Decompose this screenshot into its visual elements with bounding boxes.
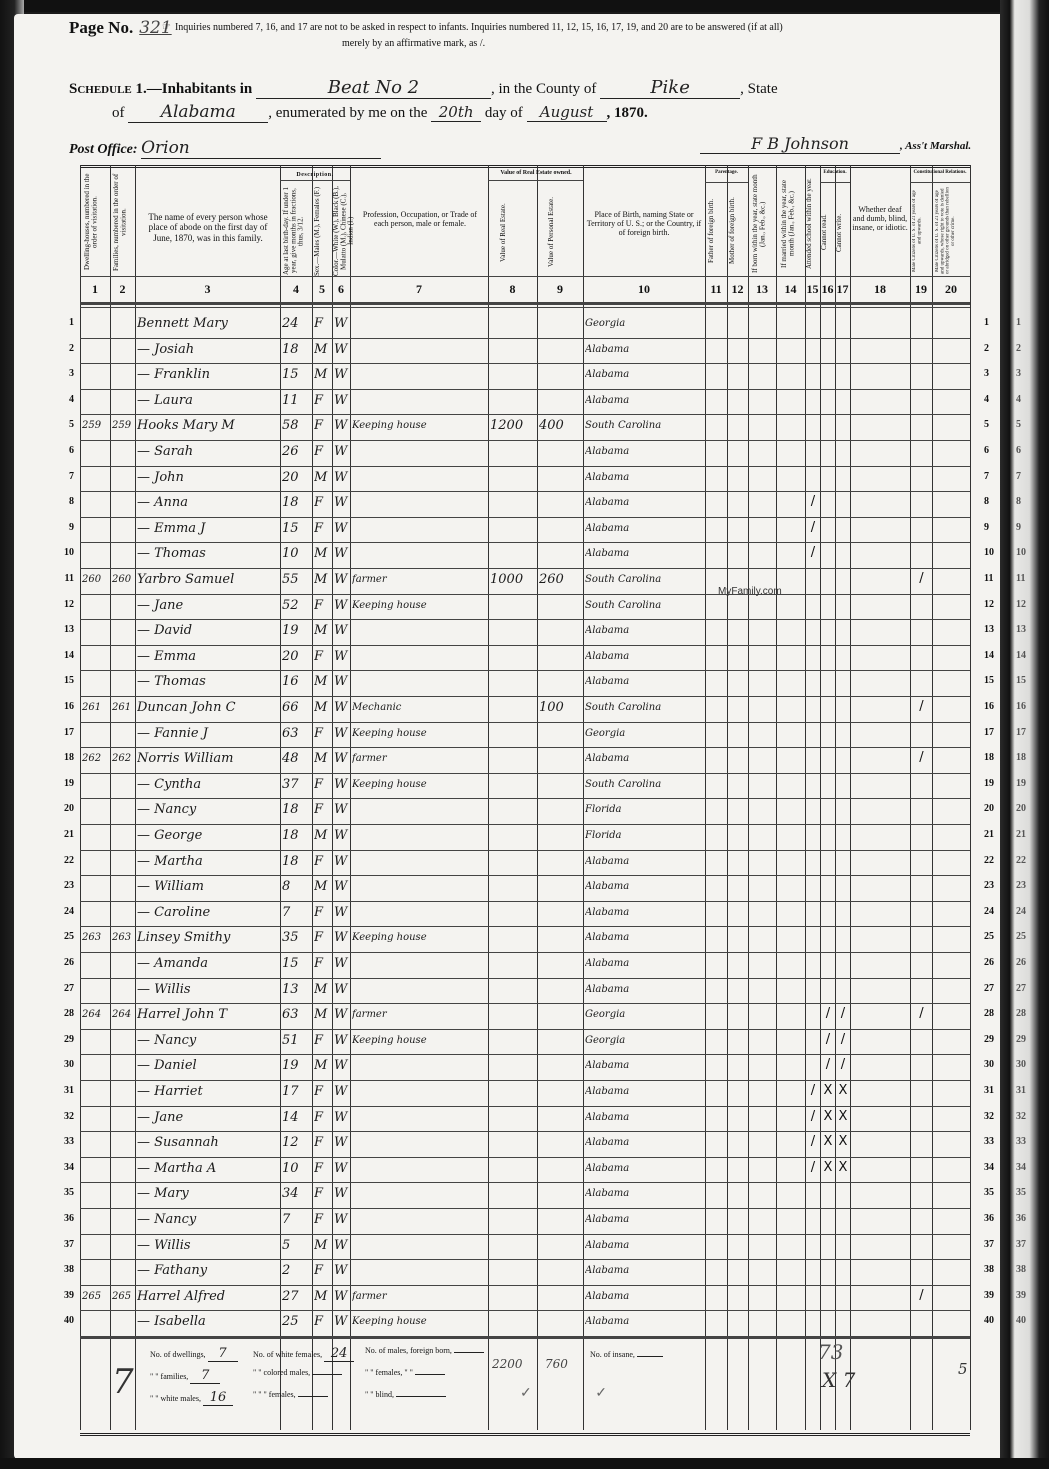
cell-color: W <box>334 1081 349 1103</box>
row-number-bleed: 5 <box>1016 419 1021 430</box>
header-sex: Sex.—Males (M.), Females (F.) <box>314 186 330 276</box>
cell-color: W <box>334 902 349 924</box>
row-number-right: 28 <box>984 1008 994 1019</box>
row-number-bleed: 39 <box>1016 1290 1026 1301</box>
cell-name: — Daniel <box>137 1055 279 1077</box>
row-number-right: 29 <box>984 1034 994 1045</box>
row-number-left: 3 <box>52 368 74 379</box>
cell-age: 18 <box>282 492 311 514</box>
row-number-right: 32 <box>984 1111 994 1122</box>
white-females-label: No. of white females, <box>253 1350 322 1359</box>
watermark: MyFamily.com <box>718 586 782 597</box>
foreign-males-value <box>454 1352 484 1353</box>
header-cannot-read: Cannot read. <box>821 190 834 275</box>
row-number-bleed: 6 <box>1016 445 1021 456</box>
families-label: " " families, <box>150 1372 188 1381</box>
row-number-right: 12 <box>984 599 994 610</box>
summary-colored-females: " " " females, <box>253 1390 328 1399</box>
cell-cannot-read: X <box>822 1081 834 1101</box>
row-number-bleed: 2 <box>1016 343 1021 354</box>
row-number-bleed: 25 <box>1016 931 1026 942</box>
group-header-divider <box>280 180 350 181</box>
row-number-bleed: 23 <box>1016 880 1026 891</box>
cell-birthplace: Alabama <box>585 1209 704 1231</box>
column-number-5: 5 <box>312 282 332 297</box>
row-number-left: 15 <box>52 675 74 686</box>
row-number-bleed: 21 <box>1016 829 1026 840</box>
cell-dwelling: 263 <box>82 927 109 949</box>
cell-dwelling: 259 <box>82 415 109 437</box>
cell-name: — Isabella <box>137 1311 279 1333</box>
cell-birthplace: Alabama <box>585 339 704 361</box>
cell-cannot-read: / <box>822 1055 834 1075</box>
header-father-foreign: Father of foreign birth. <box>708 186 724 276</box>
cell-sex: M <box>314 1055 331 1077</box>
insane-value <box>637 1356 663 1357</box>
cell-dwelling: 260 <box>82 569 109 591</box>
cell-personal-estate: 100 <box>539 697 582 719</box>
cell-real-estate: 1000 <box>490 569 536 591</box>
cell-occupation: farmer <box>352 1286 487 1308</box>
cell-name: Hooks Mary M <box>137 415 279 437</box>
row-number-bleed: 7 <box>1016 471 1021 482</box>
row-number-bleed: 22 <box>1016 855 1026 866</box>
cell-birthplace: Alabama <box>585 851 704 873</box>
cell-name: — Fathany <box>137 1260 279 1282</box>
cell-occupation: Keeping house <box>352 1030 487 1052</box>
cell-age: 8 <box>282 876 311 898</box>
cell-color: W <box>334 748 349 770</box>
cell-birthplace: South Carolina <box>585 569 704 591</box>
cell-birthplace: Alabama <box>585 518 704 540</box>
cell-color: W <box>334 671 349 693</box>
cell-birthplace: Alabama <box>585 1183 704 1205</box>
row-number-bleed: 35 <box>1016 1187 1026 1198</box>
cell-age: 48 <box>282 748 311 770</box>
cell-family: 259 <box>112 415 134 437</box>
cell-age: 52 <box>282 595 311 617</box>
cell-age: 19 <box>282 1055 311 1077</box>
personal-estate-total: 760 <box>545 1357 568 1371</box>
cell-name: — Emma <box>137 646 279 668</box>
cell-birthplace: Florida <box>585 799 704 821</box>
cell-sex: M <box>314 825 331 847</box>
real-estate-total: 2200 <box>492 1357 523 1371</box>
cell-name: — Jane <box>137 595 279 617</box>
cell-color: W <box>334 876 349 898</box>
state-label: , State <box>740 81 778 97</box>
cell-age: 16 <box>282 671 311 693</box>
cell-sex: F <box>314 1132 331 1154</box>
post-office-line: Post Office: Orion <box>69 138 381 159</box>
cell-name: Bennett Mary <box>137 313 279 335</box>
cell-citizen: / <box>912 569 931 589</box>
group-header-divider <box>820 182 850 183</box>
cell-name: — Nancy <box>137 1030 279 1052</box>
inquiry-note-line1: Inquiries numbered 7, 16, and 17 are not… <box>175 22 783 33</box>
column-number-13: 13 <box>748 282 776 297</box>
header-family: Families, numbered in the order of visit… <box>113 172 133 272</box>
enumeration-line: of Alabama, enumerated by me on the 20th… <box>112 102 648 123</box>
cell-school: / <box>807 518 819 538</box>
cell-birthplace: South Carolina <box>585 697 704 719</box>
cell-age: 15 <box>282 518 311 540</box>
cell-color: W <box>334 518 349 540</box>
column-number-1: 1 <box>80 282 110 297</box>
cell-occupation: farmer <box>352 748 487 770</box>
group-header-divider <box>910 182 970 183</box>
cell-birthplace: Alabama <box>585 902 704 924</box>
header-education-group: Education. <box>820 170 850 176</box>
row-number-bleed: 3 <box>1016 368 1021 379</box>
cell-age: 18 <box>282 825 311 847</box>
cell-birthplace: Alabama <box>585 1107 704 1129</box>
cell-family: 265 <box>112 1286 134 1308</box>
cell-sex: F <box>314 1260 331 1282</box>
cell-name: — Anna <box>137 492 279 514</box>
cell-birthplace: Alabama <box>585 1081 704 1103</box>
row-number-right: 23 <box>984 880 994 891</box>
cell-dwelling: 264 <box>82 1004 109 1026</box>
cell-color: W <box>334 723 349 745</box>
row-number-right: 26 <box>984 957 994 968</box>
county-value: Pike <box>600 77 740 99</box>
row-number-bleed: 36 <box>1016 1213 1026 1224</box>
cell-color: W <box>334 927 349 949</box>
cell-sex: F <box>314 646 331 668</box>
group-header-divider <box>705 182 748 183</box>
row-number-right: 35 <box>984 1187 994 1198</box>
cell-age: 7 <box>282 1209 311 1231</box>
cell-occupation: Keeping house <box>352 415 487 437</box>
row-number-left: 27 <box>52 983 74 994</box>
cell-age: 20 <box>282 467 311 489</box>
cell-name: — Franklin <box>137 364 279 386</box>
cell-birthplace: Alabama <box>585 543 704 565</box>
cell-sex: F <box>314 390 331 412</box>
column-number-19: 19 <box>910 282 932 297</box>
row-divider <box>80 1336 970 1339</box>
marshal-label: , Ass't Marshal. <box>900 140 971 152</box>
cell-cannot-write: / <box>837 1055 849 1075</box>
row-number-left: 18 <box>52 752 74 763</box>
marshal-line: F B Johnson, Ass't Marshal. <box>700 134 971 154</box>
header-cannot-write: Cannot write. <box>836 190 849 275</box>
column-number-6: 6 <box>332 282 350 297</box>
cell-age: 13 <box>282 979 311 1001</box>
row-divider <box>80 302 970 305</box>
cell-occupation: farmer <box>352 1004 487 1026</box>
cell-sex: F <box>314 1107 331 1129</box>
row-number-bleed: 29 <box>1016 1034 1026 1045</box>
cell-age: 55 <box>282 569 311 591</box>
colored-males-value <box>312 1374 342 1375</box>
cell-birthplace: Alabama <box>585 390 704 412</box>
cell-occupation: Keeping house <box>352 774 487 796</box>
cell-occupation: Keeping house <box>352 1311 487 1333</box>
column-divider <box>970 165 971 1430</box>
cell-cannot-write: / <box>837 1004 849 1024</box>
cell-cannot-read: / <box>822 1030 834 1050</box>
scan-border-top <box>0 0 1049 12</box>
cell-name: — Amanda <box>137 953 279 975</box>
cell-birthplace: Georgia <box>585 723 704 745</box>
cell-birthplace: Alabama <box>585 1235 704 1257</box>
of-label: of <box>112 105 125 121</box>
row-number-bleed: 34 <box>1016 1162 1026 1173</box>
cell-name: — Thomas <box>137 543 279 565</box>
cell-age: 10 <box>282 1158 311 1180</box>
post-office-value: Orion <box>141 138 381 159</box>
cell-sex: F <box>314 1183 331 1205</box>
inquiry-note: ☞Inquiries numbered 7, 16, and 17 are no… <box>162 22 982 33</box>
cell-name: — Fannie J <box>137 723 279 745</box>
foreign-females-value <box>415 1374 445 1375</box>
header-real-estate: Value of Real Estate. <box>500 190 526 275</box>
cell-real-estate: 1200 <box>490 415 536 437</box>
column-number-9: 9 <box>537 282 583 297</box>
row-number-right: 18 <box>984 752 994 763</box>
row-number-right: 7 <box>984 471 989 482</box>
inhabitants-label: —Inhabitants in <box>147 81 252 97</box>
column-number-12: 12 <box>727 282 748 297</box>
group-header-divider <box>488 180 583 181</box>
row-number-left: 1 <box>52 317 74 328</box>
row-number-left: 4 <box>52 394 74 405</box>
row-number-bleed: 28 <box>1016 1008 1026 1019</box>
cell-personal-estate: 260 <box>539 569 582 591</box>
row-number-left: 28 <box>52 1008 74 1019</box>
cell-color: W <box>334 646 349 668</box>
row-number-right: 31 <box>984 1085 994 1096</box>
summary-colored-males: " " colored males, <box>253 1368 342 1377</box>
summary-families: " " families, 7 <box>150 1368 220 1384</box>
row-number-left: 39 <box>52 1290 74 1301</box>
cell-age: 27 <box>282 1286 311 1308</box>
cell-name: — David <box>137 620 279 642</box>
row-number-right: 13 <box>984 624 994 635</box>
row-number-left: 2 <box>52 343 74 354</box>
header-mother-foreign: Mother of foreign birth. <box>729 186 745 276</box>
cell-birthplace: Alabama <box>585 1260 704 1282</box>
cell-birthplace: Alabama <box>585 492 704 514</box>
header-occupation: Profession, Occupation, or Trade of each… <box>355 210 485 228</box>
colored-males-label: " " colored males, <box>253 1368 310 1377</box>
foreign-males-label: No. of males, foreign born, <box>365 1346 452 1355</box>
county-label: , in the County of <box>491 81 596 97</box>
row-number-left: 19 <box>52 778 74 789</box>
cell-sex: F <box>314 1030 331 1052</box>
cell-color: W <box>334 1132 349 1154</box>
row-number-right: 17 <box>984 727 994 738</box>
cell-cannot-write: X <box>837 1132 849 1152</box>
row-number-bleed: 37 <box>1016 1239 1026 1250</box>
row-number-right: 5 <box>984 419 989 430</box>
summary-insane: No. of insane, <box>590 1350 663 1359</box>
row-number-bleed: 27 <box>1016 983 1026 994</box>
header-deaf-blind: Whether deaf and dumb, blind, insane, or… <box>852 205 908 233</box>
cell-birthplace: Alabama <box>585 467 704 489</box>
cell-family: 263 <box>112 927 134 949</box>
row-number-left: 11 <box>52 573 74 584</box>
cell-sex: M <box>314 671 331 693</box>
cell-name: — Jane <box>137 1107 279 1129</box>
cell-birthplace: Alabama <box>585 1132 704 1154</box>
cell-dwelling: 262 <box>82 748 109 770</box>
constitutional-total: 5 <box>958 1360 968 1378</box>
cell-age: 35 <box>282 927 311 949</box>
header-birthplace: Place of Birth, naming State or Territor… <box>586 210 702 238</box>
row-number-bleed: 19 <box>1016 778 1026 789</box>
cell-age: 26 <box>282 441 311 463</box>
colored-females-value <box>298 1396 328 1397</box>
cell-color: W <box>334 1209 349 1231</box>
cell-color: W <box>334 799 349 821</box>
cell-sex: M <box>314 748 331 770</box>
row-number-bleed: 15 <box>1016 675 1026 686</box>
cell-color: W <box>334 467 349 489</box>
cell-age: 24 <box>282 313 311 335</box>
row-number-right: 14 <box>984 650 994 661</box>
estate-check-marks: ✓ ✓ <box>520 1385 637 1402</box>
row-number-right: 3 <box>984 368 989 379</box>
cell-color: W <box>334 1260 349 1282</box>
cell-color: W <box>334 390 349 412</box>
cell-personal-estate: 400 <box>539 415 582 437</box>
row-number-right: 25 <box>984 931 994 942</box>
row-number-right: 8 <box>984 496 989 507</box>
row-number-right: 10 <box>984 547 994 558</box>
header-parentage-group: Parentage. <box>705 170 748 176</box>
cell-color: W <box>334 339 349 361</box>
cell-sex: F <box>314 492 331 514</box>
summary-dwellings: No. of dwellings, 7 <box>150 1346 238 1362</box>
colored-females-label: " " " females, <box>253 1390 296 1399</box>
white-males-label: " " white males, <box>150 1394 201 1403</box>
page-label: Page No. <box>69 18 133 37</box>
row-number-bleed: 16 <box>1016 701 1026 712</box>
cell-name: — Caroline <box>137 902 279 924</box>
cell-name: — William <box>137 876 279 898</box>
row-number-left: 32 <box>52 1111 74 1122</box>
cell-birthplace: Georgia <box>585 1004 704 1026</box>
cell-name: — Nancy <box>137 799 279 821</box>
summary-left-mark: 7 <box>112 1362 134 1402</box>
column-number-10: 10 <box>583 282 705 297</box>
inquiry-note-line2: merely by an affirmative mark, as /. <box>342 38 485 49</box>
cell-color: W <box>334 543 349 565</box>
dwellings-label: No. of dwellings, <box>150 1350 206 1359</box>
cell-color: W <box>334 441 349 463</box>
header-attended-school: Attended school within the year. <box>806 172 819 276</box>
header-dwelling: Dwelling-houses, numbered in the order o… <box>84 172 106 272</box>
cell-age: 18 <box>282 851 311 873</box>
header-age: Age at last birth-day. If under 1 year, … <box>283 186 311 276</box>
cell-age: 5 <box>282 1235 311 1257</box>
schedule-line: Schedule 1.—Inhabitants in Beat No 2, in… <box>69 77 778 99</box>
cell-name: Linsey Smithy <box>137 927 279 949</box>
row-number-bleed: 12 <box>1016 599 1026 610</box>
row-number-left: 5 <box>52 419 74 430</box>
row-number-right: 40 <box>984 1315 994 1326</box>
cell-school: / <box>807 543 819 563</box>
cell-name: — Willis <box>137 979 279 1001</box>
row-number-left: 26 <box>52 957 74 968</box>
cell-cannot-read: X <box>822 1107 834 1127</box>
cell-color: W <box>334 697 349 719</box>
row-number-left: 36 <box>52 1213 74 1224</box>
cell-sex: M <box>314 467 331 489</box>
row-number-bleed: 4 <box>1016 394 1021 405</box>
row-number-left: 12 <box>52 599 74 610</box>
cell-color: W <box>334 979 349 1001</box>
cell-name: — John <box>137 467 279 489</box>
cell-birthplace: Florida <box>585 825 704 847</box>
row-number-left: 40 <box>52 1315 74 1326</box>
row-number-left: 7 <box>52 471 74 482</box>
cell-sex: F <box>314 953 331 975</box>
cell-sex: M <box>314 339 331 361</box>
row-number-right: 38 <box>984 1264 994 1275</box>
cell-color: W <box>334 1055 349 1077</box>
row-number-left: 34 <box>52 1162 74 1173</box>
cell-birthplace: Alabama <box>585 646 704 668</box>
cell-cannot-write: X <box>837 1081 849 1101</box>
cell-sex: F <box>314 723 331 745</box>
row-number-left: 10 <box>52 547 74 558</box>
row-number-right: 36 <box>984 1213 994 1224</box>
cell-age: 12 <box>282 1132 311 1154</box>
row-number-left: 8 <box>52 496 74 507</box>
header-name: The name of every person whose place of … <box>140 212 276 243</box>
cell-sex: F <box>314 1311 331 1333</box>
cell-name: — Mary <box>137 1183 279 1205</box>
row-number-left: 31 <box>52 1085 74 1096</box>
cell-color: W <box>334 1030 349 1052</box>
row-number-right: 37 <box>984 1239 994 1250</box>
row-divider <box>80 276 970 277</box>
row-number-right: 9 <box>984 522 989 533</box>
cell-color: W <box>334 1311 349 1333</box>
locality-value: Beat No 2 <box>256 77 491 99</box>
cell-sex: F <box>314 902 331 924</box>
cell-school: / <box>807 1081 819 1101</box>
cell-birthplace: Alabama <box>585 620 704 642</box>
row-number-left: 23 <box>52 880 74 891</box>
cell-citizen: / <box>912 697 931 717</box>
cell-birthplace: Alabama <box>585 1158 704 1180</box>
cell-sex: M <box>314 1004 331 1026</box>
cell-age: 37 <box>282 774 311 796</box>
cell-name: — George <box>137 825 279 847</box>
column-number-17: 17 <box>835 282 850 297</box>
row-number-left: 21 <box>52 829 74 840</box>
row-number-bleed: 20 <box>1016 803 1026 814</box>
schedule-label: Schedule 1. <box>69 81 147 97</box>
column-number-16: 16 <box>820 282 835 297</box>
row-number-bleed: 40 <box>1016 1315 1026 1326</box>
row-number-bleed: 11 <box>1016 573 1025 584</box>
row-number-right: 21 <box>984 829 994 840</box>
families-value: 7 <box>190 1368 220 1384</box>
column-number-11: 11 <box>705 282 727 297</box>
cell-age: 51 <box>282 1030 311 1052</box>
cell-cannot-read: / <box>822 1004 834 1024</box>
cell-birthplace: Alabama <box>585 1286 704 1308</box>
summary-blind: " " blind, <box>365 1390 446 1399</box>
cell-occupation: Keeping house <box>352 595 487 617</box>
cell-school: / <box>807 1158 819 1178</box>
